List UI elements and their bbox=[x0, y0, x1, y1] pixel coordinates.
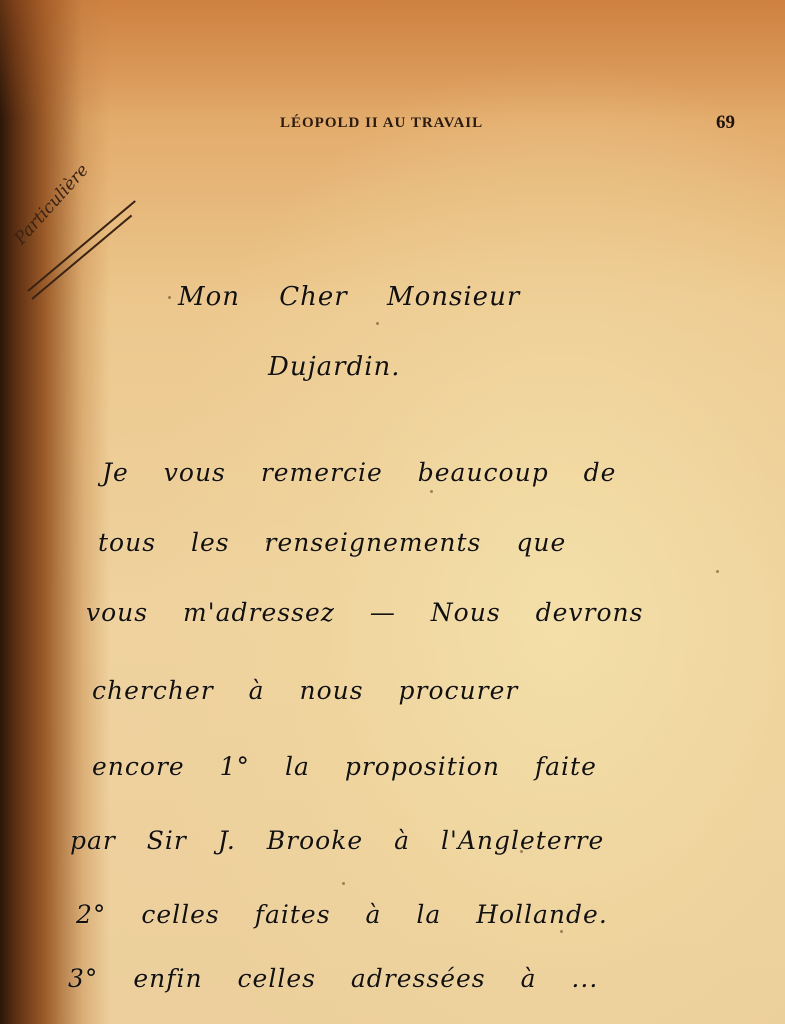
margin-annotation: Particulière bbox=[11, 160, 93, 248]
paper-speck bbox=[342, 882, 345, 885]
letter-line: chercher à nous procurer bbox=[92, 676, 518, 705]
scanned-book-page: LÉOPOLD II AU TRAVAIL 69 Particulière Mo… bbox=[0, 0, 785, 1024]
paper-speck bbox=[376, 322, 379, 325]
page-number: 69 bbox=[716, 112, 735, 134]
letter-salutation-line-1: Mon Cher Monsieur bbox=[178, 282, 520, 312]
paper-speck bbox=[430, 490, 433, 493]
letter-line: vous m'adressez — Nous devrons bbox=[86, 598, 643, 627]
paper-speck bbox=[716, 570, 719, 573]
margin-underline-2 bbox=[31, 215, 132, 300]
paper-speck bbox=[168, 296, 171, 299]
letter-line: tous les renseignements que bbox=[98, 528, 566, 557]
letter-line: encore 1° la proposition faite bbox=[92, 752, 597, 781]
letter-line: 3° enfin celles adressées à ... bbox=[68, 964, 598, 993]
letter-line: 2° celles faites à la Hollande. bbox=[76, 900, 608, 929]
running-header-title: LÉOPOLD II AU TRAVAIL bbox=[280, 115, 483, 132]
letter-line: par Sir J. Brooke à l'Angleterre bbox=[70, 826, 604, 855]
letter-line: Je vous remercie beaucoup de bbox=[102, 458, 616, 487]
paper-speck bbox=[560, 930, 563, 933]
letter-salutation-line-2: Dujardin. bbox=[268, 352, 401, 382]
